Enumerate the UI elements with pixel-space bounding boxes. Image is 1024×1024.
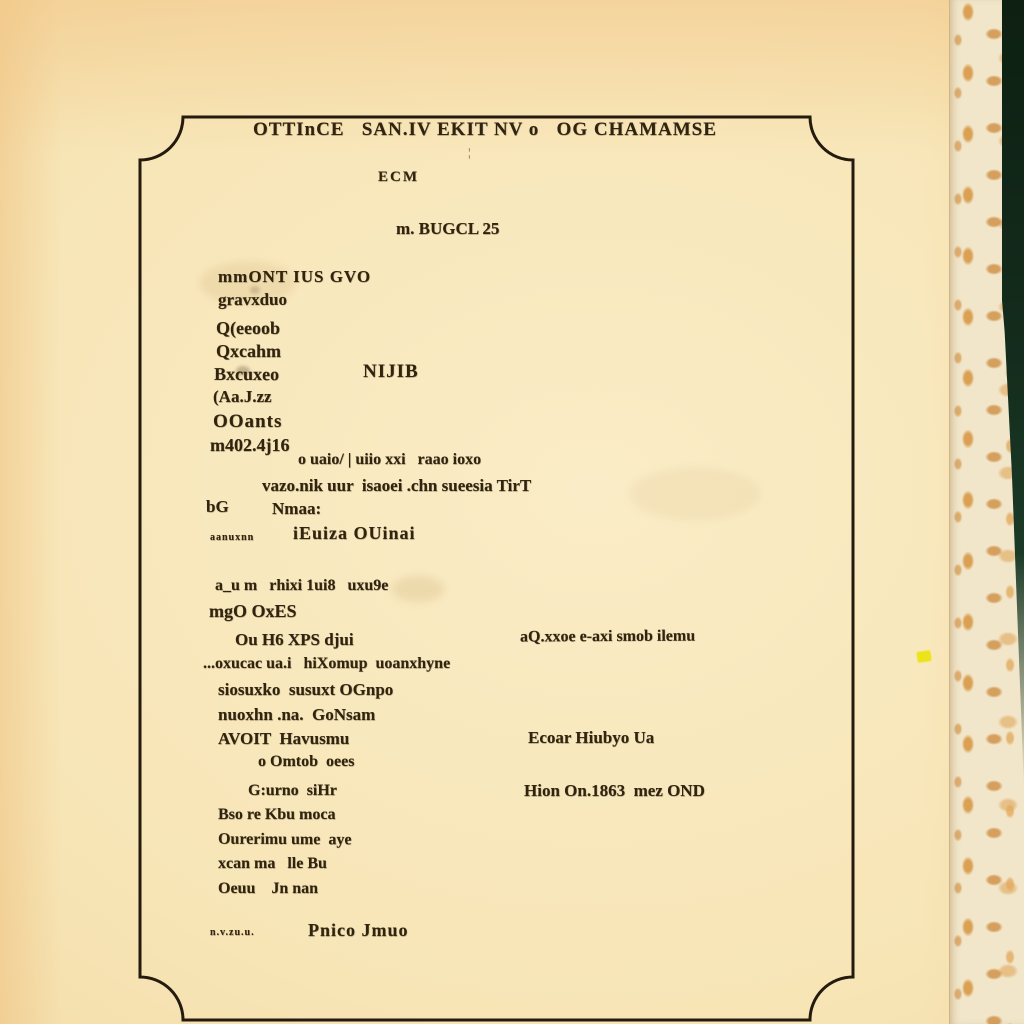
text-line: Oeuu Jn nan bbox=[218, 881, 318, 897]
text-line: Ecoar Hiubyo Ua bbox=[528, 729, 654, 746]
text-line: aQ.xxoe e-axi smob ilemu bbox=[520, 629, 695, 646]
stamp-text: NIJIB bbox=[363, 362, 419, 381]
text-line: OOants bbox=[213, 412, 282, 431]
scanned-book-page: OTTInCE SAN.IV EKIT NV o OG CHAMAMSE ¦ E… bbox=[0, 0, 1024, 1024]
text-line: nuoxhn .na. GoNsam bbox=[218, 706, 375, 723]
edition-line: m. BUGCL 25 bbox=[396, 220, 499, 237]
text-line: siosuxko susuxt OGnpo bbox=[218, 681, 393, 698]
text-line: mgO OxES bbox=[209, 602, 297, 620]
text-line: Q(eeoob bbox=[216, 319, 280, 337]
text-line: bG bbox=[206, 498, 229, 515]
small-print: aanuxnn bbox=[210, 533, 254, 543]
text-line: Nmaa: bbox=[272, 500, 321, 517]
text-line: a_u m rhixi 1ui8 uxu9e bbox=[215, 578, 388, 594]
text-line: Qxcahm bbox=[216, 342, 281, 360]
text-line: m402.4j16 bbox=[210, 436, 290, 454]
text-line: iEuiza OUinai bbox=[293, 524, 416, 542]
text-line: (Aa.J.zz bbox=[213, 388, 272, 405]
text-line: gravxduo bbox=[218, 291, 287, 308]
text-line: Ou H6 XPS djui bbox=[235, 631, 354, 648]
divider-tick: ¦ bbox=[468, 146, 470, 158]
imprint-line: Pnico Jmuo bbox=[308, 921, 409, 939]
text-line: xcan ma lle Bu bbox=[218, 856, 327, 872]
text-line: mmONT IUS GVO bbox=[218, 268, 371, 285]
text-line: Bso re Kbu moca bbox=[218, 807, 335, 823]
text-line: Bxcuxeo bbox=[214, 365, 279, 383]
text-line: Ourerimu ume aye bbox=[218, 832, 352, 849]
text-line: o Omtob oees bbox=[258, 754, 354, 770]
text-line: G:urno siHr bbox=[248, 783, 337, 799]
text-line: ...oxucac ua.i hiXomup uoanxhyne bbox=[203, 656, 450, 672]
title-line: OTTInCE SAN.IV EKIT NV o OG CHAMAMSE bbox=[253, 120, 717, 139]
subtitle-line: ECM bbox=[378, 170, 419, 185]
text-line: AVOIT Havusmu bbox=[218, 730, 349, 747]
printed-text-block: OTTInCE SAN.IV EKIT NV o OG CHAMAMSE ¦ E… bbox=[0, 0, 1024, 1024]
text-line: o uaio/ | uiio xxi raao ioxo bbox=[298, 452, 481, 468]
text-line: vazo.nik uur isaoei .chn sueesia TirT bbox=[262, 477, 531, 494]
small-print: n.v.zu.u. bbox=[210, 928, 255, 938]
date-line: Hion On.1863 mez OND bbox=[524, 782, 705, 799]
